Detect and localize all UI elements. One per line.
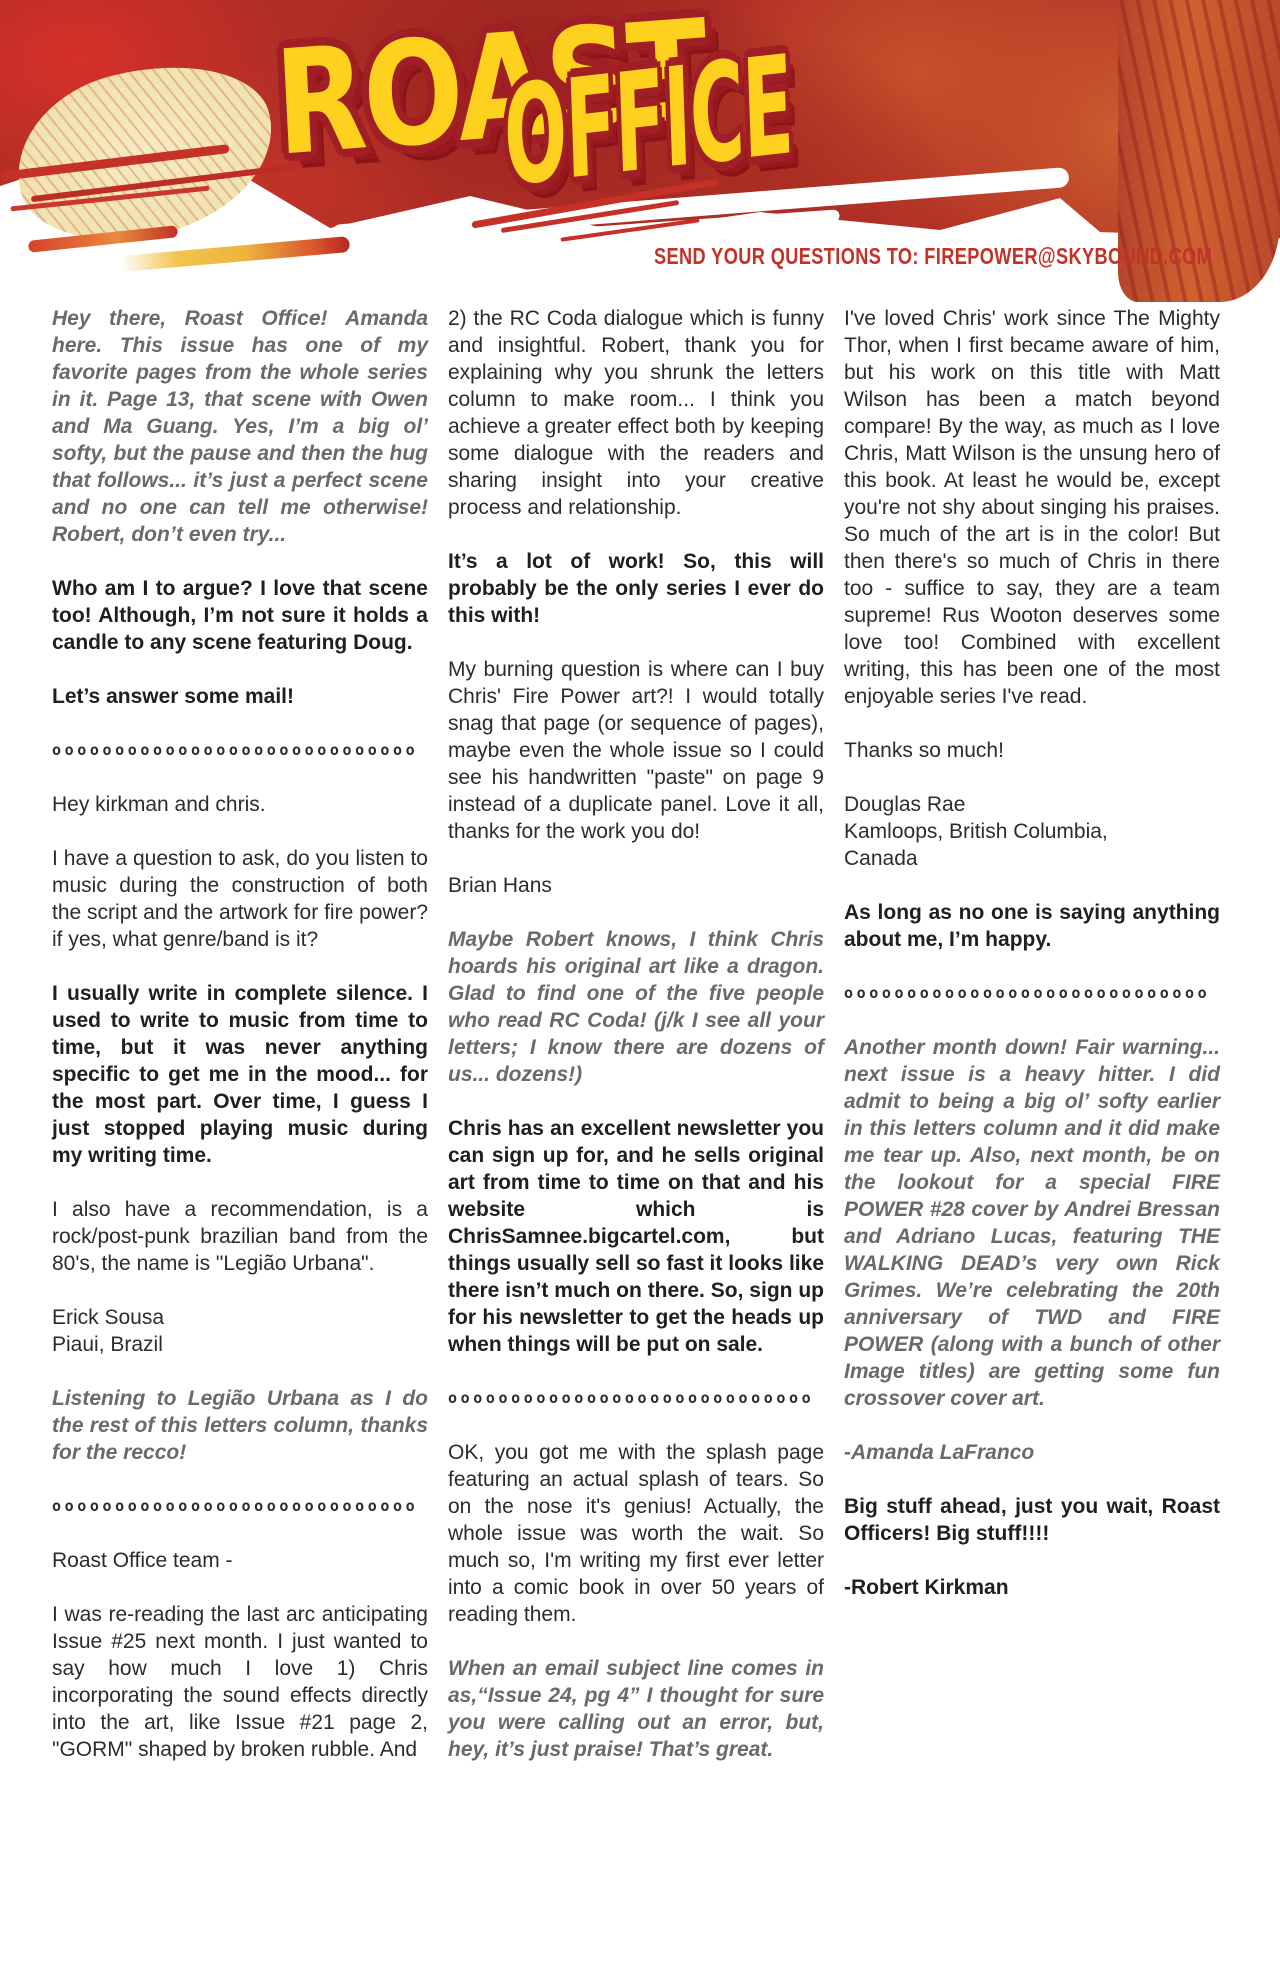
letter-paragraph: My burning question is where can I buy C… <box>448 656 824 845</box>
editor-reply-paragraph: Big stuff ahead, just you wait, Roast Of… <box>844 1493 1220 1547</box>
editor-reply-paragraph: Chris has an excellent newsletter you ca… <box>448 1115 824 1358</box>
letter-paragraph: Roast Office team - <box>52 1547 428 1574</box>
letter-signature: Douglas Rae Kamloops, British Columbia, … <box>844 791 1220 872</box>
letter-paragraph: Hey kirkman and chris. <box>52 791 428 818</box>
separator-dots: ooooooooooooooooooooooooooooo <box>52 737 428 764</box>
editor-note-paragraph: Listening to Legião Urbana as I do the r… <box>52 1385 428 1466</box>
letter-paragraph: OK, you got me with the splash page feat… <box>448 1439 824 1628</box>
letter-paragraph: I've loved Chris' work since The Mighty … <box>844 305 1220 710</box>
editor-reply-paragraph: Who am I to argue? I love that scene too… <box>52 575 428 656</box>
logo-office: OFFICE <box>502 37 794 206</box>
editor-signature: -Amanda LaFranco <box>844 1439 1220 1466</box>
editor-reply-paragraph: It’s a lot of work! So, this will probab… <box>448 548 824 629</box>
letter-paragraph: 2) the RC Coda dialogue which is funny a… <box>448 305 824 521</box>
editor-reply-paragraph: As long as no one is saying anything abo… <box>844 899 1220 953</box>
editor-reply-paragraph: I usually write in complete silence. I u… <box>52 980 428 1169</box>
letters-columns: Hey there, Roast Office! Amanda here. Th… <box>52 305 1220 1790</box>
editor-note-paragraph: Maybe Robert knows, I think Chris hoards… <box>448 926 824 1088</box>
letter-paragraph: Thanks so much! <box>844 737 1220 764</box>
editor-reply-paragraph: Let’s answer some mail! <box>52 683 428 710</box>
letter-paragraph: I have a question to ask, do you listen … <box>52 845 428 953</box>
submission-email-tagline: SEND YOUR QUESTIONS TO: FIREPOWER@SKYBOU… <box>654 243 1033 270</box>
letter-signature: Erick Sousa Piaui, Brazil <box>52 1304 428 1358</box>
editor-reply-signature: -Robert Kirkman <box>844 1574 1220 1601</box>
separator-dots: ooooooooooooooooooooooooooooo <box>844 980 1220 1007</box>
separator-dots: ooooooooooooooooooooooooooooo <box>52 1493 428 1520</box>
separator-dots: ooooooooooooooooooooooooooooo <box>448 1385 824 1412</box>
editor-note-paragraph: Another month down! Fair warning... next… <box>844 1034 1220 1412</box>
letter-paragraph: I also have a recommendation, is a rock/… <box>52 1196 428 1277</box>
letters-page: { "header": { "logo_word1": "ROAST", "lo… <box>0 0 1280 1965</box>
letter-paragraph: I was re-reading the last arc anticipati… <box>52 1601 428 1763</box>
column-1: Hey there, Roast Office! Amanda here. Th… <box>52 305 428 1790</box>
letter-signature: Brian Hans <box>448 872 824 899</box>
header-art: ROAST OFFICE SEND YOUR QUESTIONS TO: FIR… <box>0 0 1280 312</box>
column-3: I've loved Chris' work since The Mighty … <box>844 305 1220 1790</box>
editor-note-paragraph: Hey there, Roast Office! Amanda here. Th… <box>52 305 428 548</box>
column-2: 2) the RC Coda dialogue which is funny a… <box>448 305 824 1790</box>
editor-note-paragraph: When an email subject line comes in as,“… <box>448 1655 824 1763</box>
yellow-paint-streak <box>120 236 351 272</box>
